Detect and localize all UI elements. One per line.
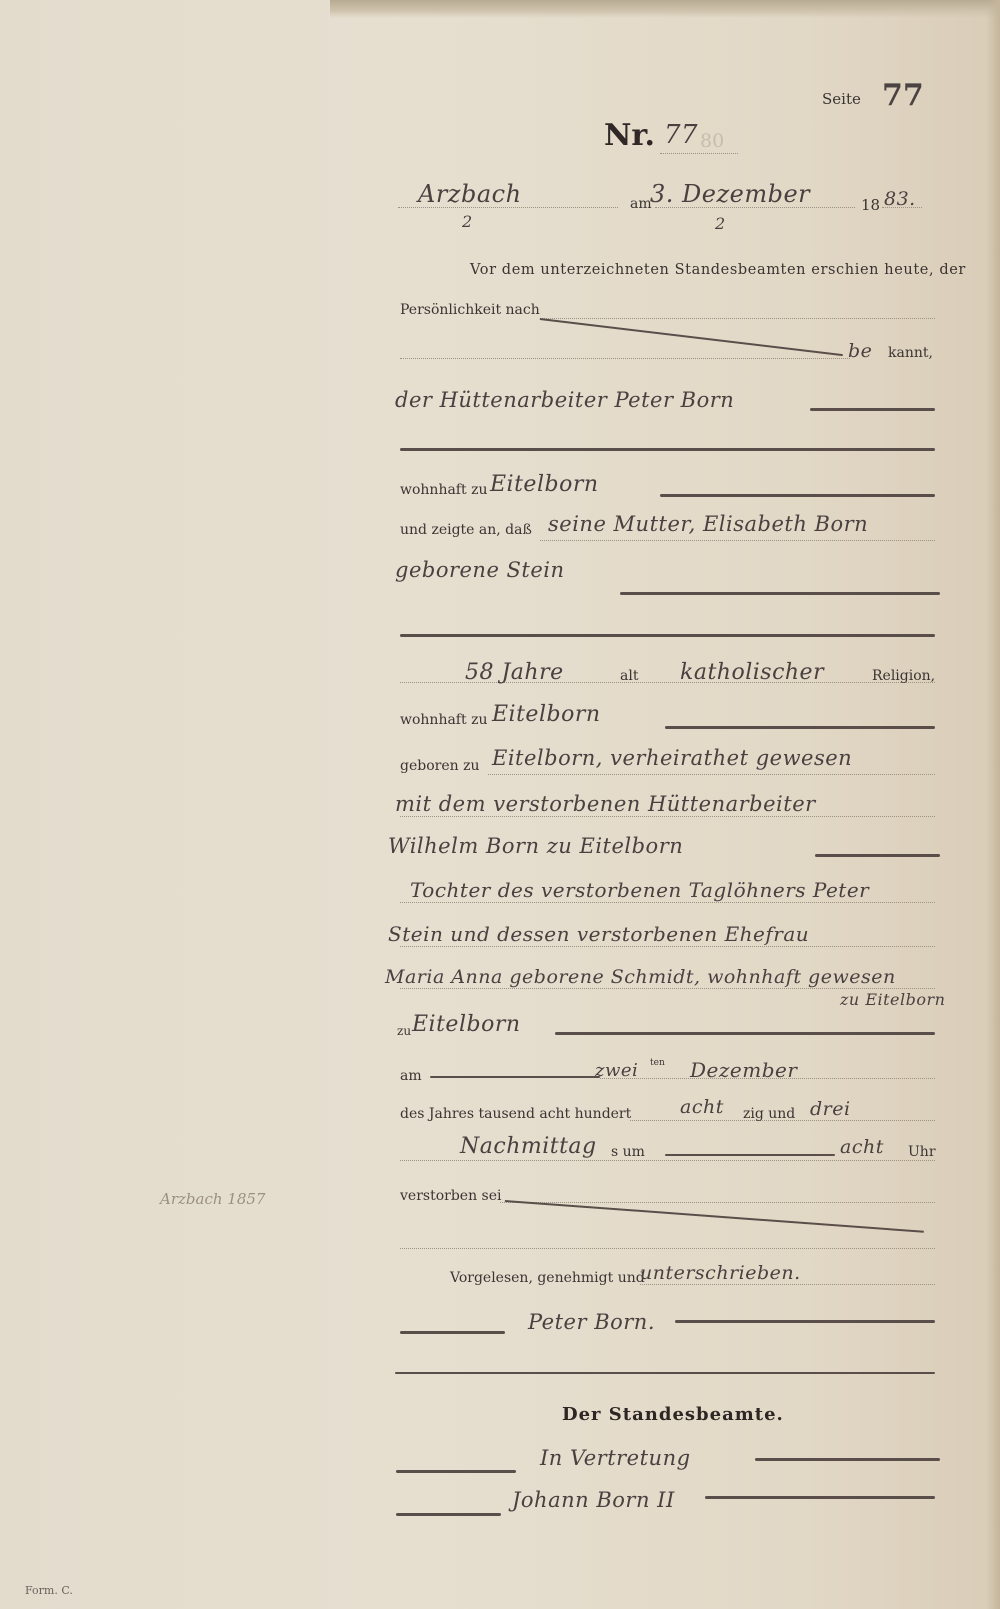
fill-rule <box>705 1496 935 1499</box>
age-hand: 58 Jahre <box>465 660 564 685</box>
year-prefix: 18 <box>861 196 880 214</box>
fill-rule <box>810 408 935 411</box>
fill-rule <box>396 1513 501 1516</box>
deceased-hand-line2: geborene Stein <box>395 558 565 582</box>
page-number: 77 <box>882 78 924 113</box>
fill-rule <box>430 1076 600 1078</box>
religion-hand: katholischer <box>680 660 824 685</box>
fill-rule <box>815 854 940 857</box>
date-hand: 3. Dezember <box>650 180 810 208</box>
fill-rule <box>660 494 935 497</box>
page-label: Seite <box>822 90 861 108</box>
place-line <box>398 207 618 208</box>
page-top-edge <box>330 0 1000 18</box>
officer-line1-hand: In Vertretung <box>540 1446 691 1470</box>
announce-line <box>540 540 935 541</box>
s-um-label: s um <box>611 1144 645 1160</box>
verstorben-label: verstorben sei <box>400 1188 501 1204</box>
year-text-label: des Jahres tausend acht hundert <box>400 1106 631 1122</box>
verstorben-line <box>500 1202 935 1203</box>
place-hand: Arzbach <box>418 180 522 208</box>
deceased-hand-line1: seine Mutter, Elisabeth Born <box>548 512 868 536</box>
religion-label: Religion, <box>872 668 935 684</box>
persoenlichkeit-line <box>540 318 935 319</box>
fill-rule <box>396 1470 516 1473</box>
birth-line1 <box>488 774 935 775</box>
fill-rule <box>620 592 940 595</box>
parents-line2-hand: Stein und dessen verstorbenen Ehefrau <box>388 922 809 946</box>
strike-through-line <box>540 318 843 356</box>
death-unit-hand: drei <box>810 1098 851 1120</box>
death-date-line <box>600 1078 935 1079</box>
read-line <box>640 1284 935 1285</box>
fill-rule <box>665 726 935 729</box>
entry-number-line <box>660 153 738 154</box>
read-label: Vorgelesen, genehmigt und <box>450 1270 645 1286</box>
informant-signature: Peter Born. <box>528 1310 655 1334</box>
death-time-line <box>400 1160 935 1161</box>
read-hand: unterschrieben. <box>640 1262 801 1284</box>
date-line <box>655 207 855 208</box>
parents-line4-hand: Eitelborn <box>412 1012 521 1037</box>
ten-label: ten <box>650 1058 665 1068</box>
parents-line1-hand: Tochter des verstorbenen Taglöhners Pete… <box>410 878 869 902</box>
year-line <box>882 207 922 208</box>
persoenlichkeit-label: Persönlichkeit nach <box>400 302 540 318</box>
date-mark: 2 <box>715 214 726 233</box>
death-hour-hand: acht <box>840 1136 884 1158</box>
zig-label: zig und <box>743 1106 795 1122</box>
birth-line2-hand: mit dem verstorbenen Hüttenarbeiter <box>395 792 816 816</box>
zu-label: zu <box>397 1024 411 1038</box>
uhr-label: Uhr <box>908 1144 936 1160</box>
bekannt-hand: be <box>848 340 872 362</box>
page-right-edge <box>986 0 1000 1609</box>
fill-rule <box>400 634 935 637</box>
fill-rule <box>400 1331 505 1334</box>
register-page: Seite 77 Nr. 77 80 Arzbach 2 am 3. Dezem… <box>0 0 1000 1609</box>
intro-line1: Vor dem unterzeichneten Standesbeamten e… <box>470 262 966 278</box>
death-decade-hand: acht <box>680 1096 724 1118</box>
entry-stamp: 80 <box>700 130 724 152</box>
bekannt-label: kannt, <box>888 345 933 361</box>
blank-line <box>400 1248 935 1249</box>
parents-line2 <box>400 946 935 947</box>
parents-line1 <box>400 902 935 903</box>
fill-rule <box>400 448 935 451</box>
entry-number: 77 <box>664 120 698 150</box>
deceased-residence-hand: Eitelborn <box>492 702 601 727</box>
daypart-hand: Nachmittag <box>460 1134 597 1159</box>
death-am-label: am <box>400 1068 422 1084</box>
bekannt-line <box>400 358 850 359</box>
birth-line3-hand: Wilhelm Born zu Eitelborn <box>388 834 683 858</box>
strike-through-line <box>505 1200 924 1233</box>
officer-line2-hand: Johann Born II <box>512 1488 675 1512</box>
fill-rule <box>395 1372 935 1374</box>
deceased-residence-label: wohnhaft zu <box>400 712 487 728</box>
fill-rule <box>665 1154 835 1156</box>
am-label: am <box>630 196 652 212</box>
officer-heading: Der Standesbeamte. <box>562 1404 784 1425</box>
birth-line2 <box>400 816 935 817</box>
birthplace-label: geboren zu <box>400 758 479 774</box>
fill-rule <box>555 1032 935 1035</box>
parents-insert-hand: zu Eitelborn <box>840 990 945 1009</box>
age-label: alt <box>620 668 638 684</box>
informant-name-hand: der Hüttenarbeiter Peter Born <box>395 388 734 412</box>
announce-label: und zeigte an, daß <box>400 522 532 538</box>
entry-label: Nr. <box>604 118 655 153</box>
informant-residence-hand: Eitelborn <box>490 472 599 497</box>
form-mark: Form. C. <box>25 1584 73 1597</box>
place-mark: 2 <box>462 212 473 231</box>
birth-line1-hand: Eitelborn, verheirathet gewesen <box>492 746 852 770</box>
fill-rule <box>675 1320 935 1323</box>
informant-residence-label: wohnhaft zu <box>400 482 487 498</box>
parents-line3 <box>400 988 935 989</box>
fill-rule <box>755 1458 940 1461</box>
margin-pencil-note: Arzbach 1857 <box>160 1190 265 1208</box>
parents-line3-hand: Maria Anna geborene Schmidt, wohnhaft ge… <box>385 966 896 988</box>
